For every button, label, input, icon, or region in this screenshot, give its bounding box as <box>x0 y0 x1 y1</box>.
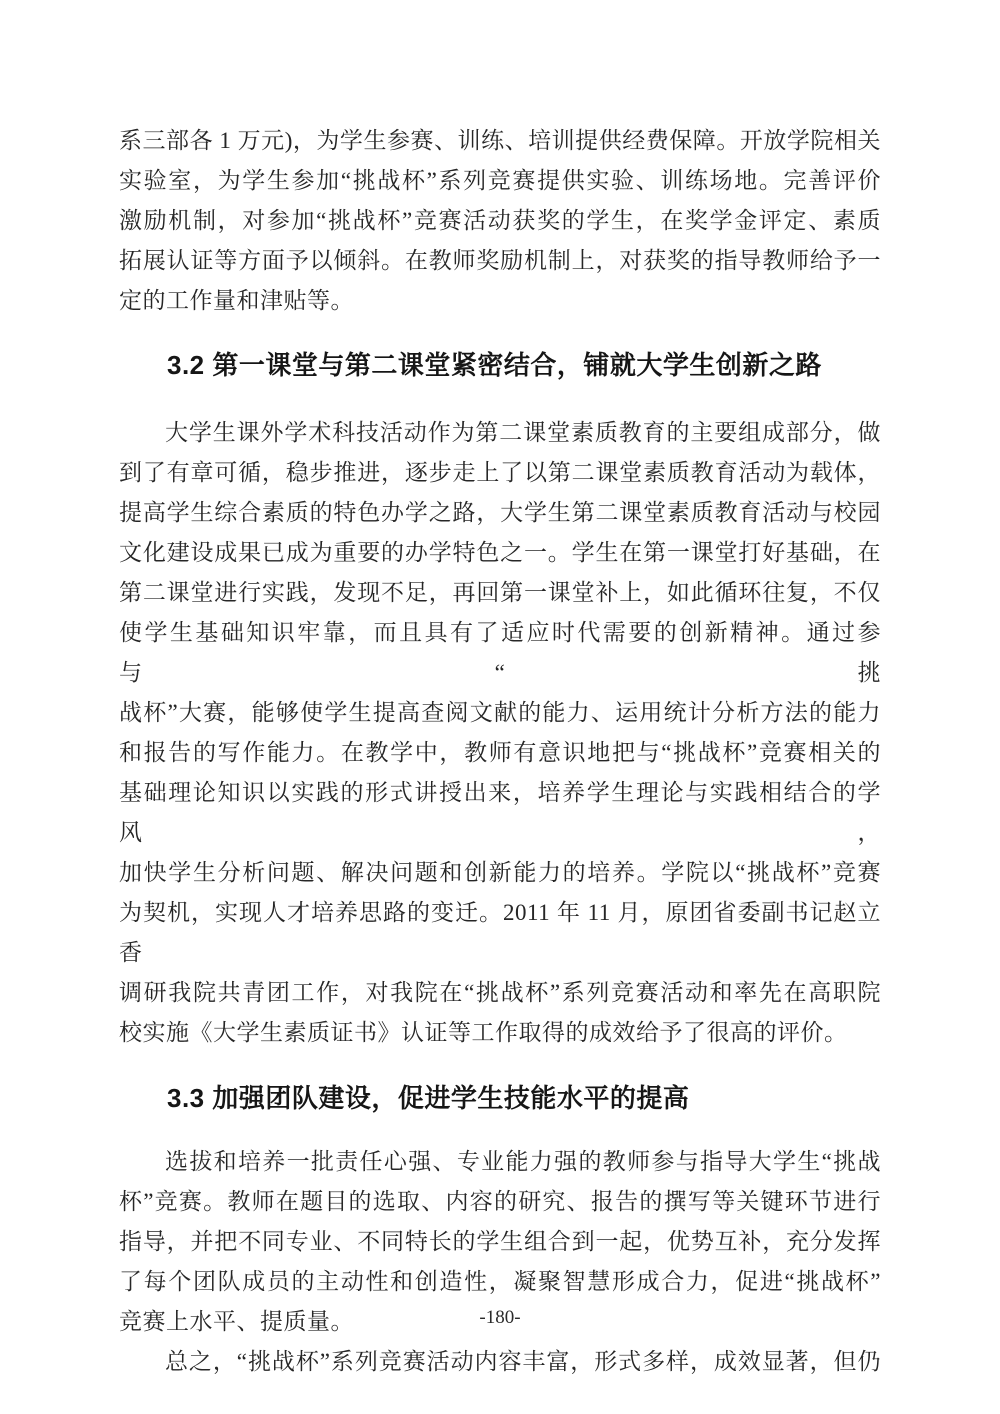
text-line: 指导，并把不同专业、不同特长的学生组合到一起，优势互补，充分发挥 <box>119 1222 881 1262</box>
text-line: 系三部各 1 万元)，为学生参赛、训练、培训提供经费保障。开放学院相关 <box>119 121 881 161</box>
text-line: 大学生课外学术科技活动作为第二课堂素质教育的主要组成部分，做 <box>119 413 881 453</box>
text-line: 到了有章可循，稳步推进，逐步走上了以第二课堂素质教育活动为载体， <box>119 453 881 493</box>
text-line: 和报告的写作能力。在教学中，教师有意识地把与“挑战杯”竞赛相关的 <box>119 733 881 773</box>
text-line: 基础理论知识以实践的形式讲授出来，培养学生理论与实践相结合的学风， <box>119 773 881 853</box>
text-line: 杯”竞赛。教师在题目的选取、内容的研究、报告的撰写等关键环节进行 <box>119 1182 881 1222</box>
text-line: 使学生基础知识牢靠，而且具有了适应时代需要的创新精神。通过参与“挑 <box>119 613 881 693</box>
text-line: 定的工作量和津贴等。 <box>119 281 881 321</box>
text-block: 系三部各 1 万元)，为学生参赛、训练、培训提供经费保障。开放学院相关 实验室，… <box>119 121 881 1382</box>
section-heading-3-3: 3.3 加强团队建设，促进学生技能水平的提高 <box>119 1078 881 1118</box>
text-line: 为契机，实现人才培养思路的变迁。2011 年 11 月，原团省委副书记赵立香 <box>119 893 881 973</box>
text-line: 战杯”大赛，能够使学生提高查阅文献的能力、运用统计分析方法的能力 <box>119 693 881 733</box>
text-line: 加快学生分析问题、解决问题和创新能力的培养。学院以“挑战杯”竞赛 <box>119 853 881 893</box>
page-number: -180- <box>0 1305 1000 1331</box>
text-line: 了每个团队成员的主动性和创造性，凝聚智慧形成合力，促进“挑战杯” <box>119 1262 881 1302</box>
section-heading-3-2: 3.2 第一课堂与第二课堂紧密结合，铺就大学生创新之路 <box>119 345 881 385</box>
text-line: 实验室，为学生参加“挑战杯”系列竞赛提供实验、训练场地。完善评价 <box>119 161 881 201</box>
paragraph-continuation: 系三部各 1 万元)，为学生参赛、训练、培训提供经费保障。开放学院相关 实验室，… <box>119 121 881 321</box>
text-line: 调研我院共青团工作，对我院在“挑战杯”系列竞赛活动和率先在高职院 <box>119 973 881 1013</box>
text-line: 提高学生综合素质的特色办学之路，大学生第二课堂素质教育活动与校园 <box>119 493 881 533</box>
document-page: 系三部各 1 万元)，为学生参赛、训练、培训提供经费保障。开放学院相关 实验室，… <box>0 0 1000 1414</box>
text-line: 校实施《大学生素质证书》认证等工作取得的成效给予了很高的评价。 <box>119 1013 881 1053</box>
text-line: 拓展认证等方面予以倾斜。在教师奖励机制上，对获奖的指导教师给予一 <box>119 241 881 281</box>
paragraph-summary: 总之，“挑战杯”系列竞赛活动内容丰富，形式多样，成效显著，但仍 <box>119 1342 881 1382</box>
text-line: 选拔和培养一批责任心强、专业能力强的教师参与指导大学生“挑战 <box>119 1142 881 1182</box>
paragraph-second-classroom: 大学生课外学术科技活动作为第二课堂素质教育的主要组成部分，做 到了有章可循，稳步… <box>119 413 881 1053</box>
text-line: 总之，“挑战杯”系列竞赛活动内容丰富，形式多样，成效显著，但仍 <box>119 1342 881 1382</box>
text-line: 激励机制，对参加“挑战杯”竞赛活动获奖的学生，在奖学金评定、素质 <box>119 201 881 241</box>
text-line: 第二课堂进行实践，发现不足，再回第一课堂补上，如此循环往复，不仅 <box>119 573 881 613</box>
text-line: 文化建设成果已成为重要的办学特色之一。学生在第一课堂打好基础，在 <box>119 533 881 573</box>
